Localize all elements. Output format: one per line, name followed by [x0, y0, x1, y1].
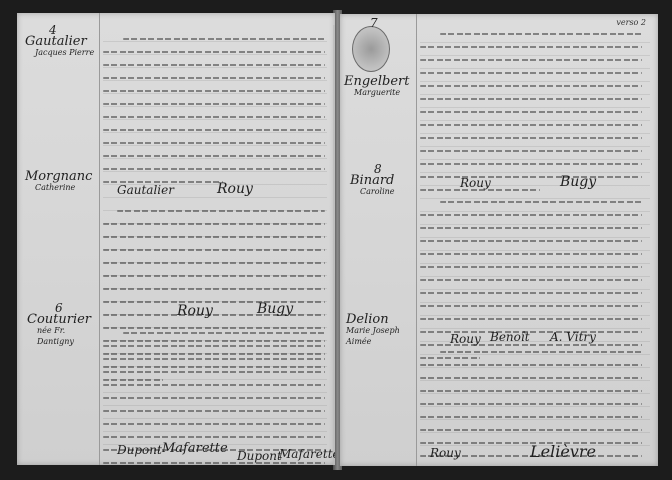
- margin-note-entry-7: 7: [346, 18, 416, 29]
- margin-note-entry-4: 4 Gautalier Jacques Pierre: [25, 25, 97, 58]
- margin-note-entry-7-name: Engelbert Marguerite: [344, 76, 416, 98]
- signature: Benoît: [490, 330, 530, 344]
- margin-rule: [99, 13, 100, 465]
- signature: Mafarette: [162, 441, 228, 456]
- signature: Rouy: [460, 176, 491, 190]
- signature: A. Vitry: [550, 330, 596, 344]
- deceased-given-names: née Fr. Dantigny: [27, 325, 99, 347]
- margin-note-entry-8: 8 Binard Caroline: [350, 164, 416, 197]
- handwriting-lines: [103, 31, 325, 187]
- deceased-name: Couturier: [27, 314, 99, 325]
- signature: Rouy: [217, 181, 253, 197]
- official-stamp: [352, 26, 390, 72]
- signature: Bugy: [560, 174, 596, 190]
- deceased-name: Binard: [350, 175, 416, 186]
- signature: Rouy: [177, 303, 213, 319]
- deceased-name: Engelbert: [344, 76, 416, 87]
- signature: Rouy: [430, 446, 461, 460]
- deceased-name: Delion: [346, 314, 416, 325]
- deceased-given-names: Caroline: [350, 186, 416, 197]
- signature: Gautalier: [117, 183, 174, 197]
- signature: Dupont: [117, 443, 162, 457]
- deceased-name: Morgnanc: [25, 171, 97, 182]
- entry-number: 7: [346, 18, 416, 29]
- margin-rule: [416, 14, 417, 466]
- signature: Dupont: [237, 449, 282, 463]
- left-page: 4 Gautalier Jacques Pierre Le huit deux …: [17, 13, 335, 465]
- right-page: verso 2 7 Engelbert Marguerite Le mardi …: [340, 14, 658, 466]
- margin-note-entry-5: Morgnanc Catherine: [25, 171, 97, 193]
- signature: Mafarette: [279, 447, 335, 461]
- signature: Lelièvre: [530, 442, 596, 461]
- margin-note-entry-6: 6 Couturier née Fr. Dantigny: [27, 303, 99, 347]
- handwriting-lines: [420, 26, 642, 195]
- signature: Bugy: [257, 301, 293, 317]
- page-edge-shadow: [333, 25, 335, 465]
- deceased-name: Gautalier: [25, 36, 97, 47]
- deceased-given-names: Jacques Pierre: [25, 47, 97, 58]
- deceased-given-names: Marie Joseph Aimée: [346, 325, 416, 347]
- margin-note-entry-9: Delion Marie Joseph Aimée: [346, 314, 416, 347]
